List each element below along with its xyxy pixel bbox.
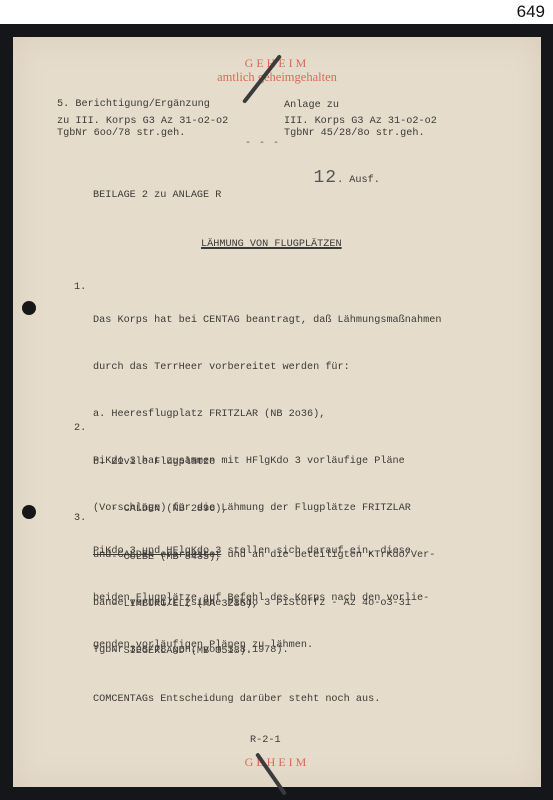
section-3-line1-rest: stellen sich darauf ein, diese [221,546,411,557]
section-1-line: durch das TerrHeer vorbereitet werden fü… [93,360,441,376]
page-number: 649 [517,2,545,22]
copy-number-block: 12. Ausf. [289,145,380,214]
page-reference: R-2-1 [250,734,281,748]
document-page: GEHEIM amtlich geheimgehalten 5. Bericht… [13,37,541,787]
section-1-item-a: a. Heeresflugplatz FRITZLAR (NB 2o36), [93,407,441,423]
section-2-line: PiKdo 3 hat zusammen mit HFlgKdo 3 vorlä… [93,454,435,470]
copy-dashes: - - - [245,138,280,149]
annex-header-line3: TgbNr 45/28/8o str.geh. [284,127,425,141]
section-2-number: 2. [74,422,86,436]
section-1-number: 1. [74,281,86,295]
correction-header-line3: TgbNr 6oo/78 str.geh. [57,127,185,141]
section-3-number: 3. [74,512,86,526]
copy-label: . Ausf. [337,175,380,186]
section-3-underlined-units: PiKdo 3 und HFlgKdo 3 [93,546,221,557]
annex-label: BEILAGE 2 zu ANLAGE R [93,189,221,203]
section-1-line: Das Korps hat bei CENTAG beantragt, daß … [93,313,441,329]
section-3-line: PiKdo 3 und HFlgKdo 3 stellen sich darau… [93,544,429,560]
section-1-line: COMCENTAGs Entscheidung darüber steht no… [93,692,441,708]
correction-header-line1: 5. Berichtigung/Ergänzung [57,98,210,112]
punch-hole-top [22,301,36,315]
classification-stamp-bottom: GEHEIM [13,755,541,770]
classification-sub: amtlich geheimgehalten [13,70,541,84]
copy-number: 12 [313,168,337,188]
punch-hole-bottom [22,505,36,519]
section-3-line: genden vorläufigen Plänen zu lähmen. [93,638,429,654]
section-3: PiKdo 3 und HFlgKdo 3 stellen sich darau… [93,512,429,686]
section-3-line: beiden Flugplätze auf Befehl des Korps n… [93,591,429,607]
document-title: LÄHMUNG VON FLUGPLÄTZEN [201,238,342,252]
annex-header-line1: Anlage zu [284,99,339,113]
